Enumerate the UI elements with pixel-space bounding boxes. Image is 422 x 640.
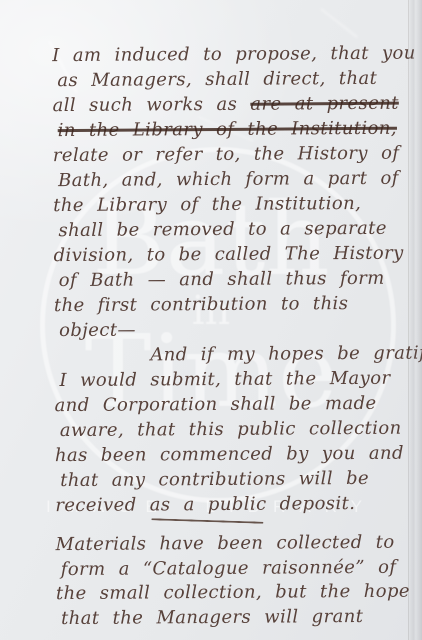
manuscript-line: shall be removed to a separate xyxy=(58,216,421,244)
handwritten-text: aware, that this public collection xyxy=(60,418,402,441)
manuscript-line: Materials have been collected to xyxy=(56,531,422,558)
handwritten-text: shall be removed to a separate xyxy=(58,218,387,241)
manuscript-line: in the Library of the Institution, xyxy=(58,116,421,144)
handwritten-text: And if my hopes be gratified xyxy=(150,342,422,365)
manuscript-line: and Corporation shall be made xyxy=(55,391,422,419)
handwritten-text: the first contribution to this xyxy=(54,293,349,316)
section-divider-line xyxy=(151,518,263,524)
manuscript-line: the small collection, but the hope xyxy=(56,580,422,607)
manuscript-line: relate or refer to, the History of xyxy=(53,141,421,169)
manuscript-line: the first contribution to this xyxy=(54,291,422,319)
handwritten-text: has been commenced by you and xyxy=(55,443,404,466)
struck-through-text: in the Library of the Institution, xyxy=(58,118,397,141)
manuscript-line: object— xyxy=(59,316,422,344)
handwritten-text: and Corporation shall be made xyxy=(55,393,377,416)
handwritten-text: that any contributions will be xyxy=(60,468,369,491)
handwritten-text: I would submit, that the Mayor xyxy=(59,368,390,391)
handwritten-text: object— xyxy=(59,320,136,342)
handwritten-text: received as a public deposit. xyxy=(55,493,355,516)
manuscript-line: as Managers, shall direct, that xyxy=(57,66,420,94)
manuscript-line: division, to be called The History xyxy=(53,241,421,269)
handwritten-text: I am induced to propose, that you xyxy=(52,43,416,67)
handwritten-text: Bath, and, which form a part of xyxy=(58,168,399,191)
struck-through-text: are at present xyxy=(250,93,399,115)
handwritten-text: the Library of the Institution, xyxy=(53,193,361,216)
handwritten-text: as Managers, shall direct, that xyxy=(57,68,377,91)
manuscript-line: the Library of the Institution, xyxy=(53,191,421,219)
manuscript-line: that the Managers will grant xyxy=(61,604,422,631)
handwritten-text: of Bath — and shall thus form xyxy=(59,268,385,291)
handwritten-text: form a “Catalogue raisonnée” of xyxy=(61,556,397,579)
manuscript-line: has been commenced by you and xyxy=(55,441,422,469)
handwritten-text: all such works as xyxy=(52,94,250,116)
handwritten-text: that the Managers will grant xyxy=(61,605,363,628)
manuscript-paragraph-2: Materials have been collected toform a “… xyxy=(56,531,422,632)
manuscript-line: Bath, and, which form a part of xyxy=(58,166,421,194)
manuscript-line: all such works as are at present xyxy=(52,91,420,119)
manuscript-paragraph-1: I am induced to propose, that youas Mana… xyxy=(52,41,422,519)
handwritten-text: division, to be called The History xyxy=(54,243,404,266)
manuscript-line: And if my hopes be gratified xyxy=(150,341,422,368)
manuscript-line: I would submit, that the Mayor xyxy=(59,366,422,394)
manuscript-page: Bath in Time IMAGE LIBRARY I am induced … xyxy=(0,0,422,640)
handwritten-text: the small collection, but the hope xyxy=(56,581,410,604)
manuscript-line: I am induced to propose, that you xyxy=(52,41,420,69)
handwritten-text: relate or refer to, the History of xyxy=(53,143,400,166)
manuscript-line: form a “Catalogue raisonnée” of xyxy=(61,555,422,582)
handwritten-text: Materials have been collected to xyxy=(56,532,395,555)
manuscript-line: received as a public deposit. xyxy=(55,491,422,519)
manuscript-text: I am induced to propose, that youas Mana… xyxy=(0,0,422,631)
manuscript-line: aware, that this public collection xyxy=(60,416,422,444)
manuscript-line: that any contributions will be xyxy=(60,466,422,494)
manuscript-line: of Bath — and shall thus form xyxy=(59,266,422,294)
